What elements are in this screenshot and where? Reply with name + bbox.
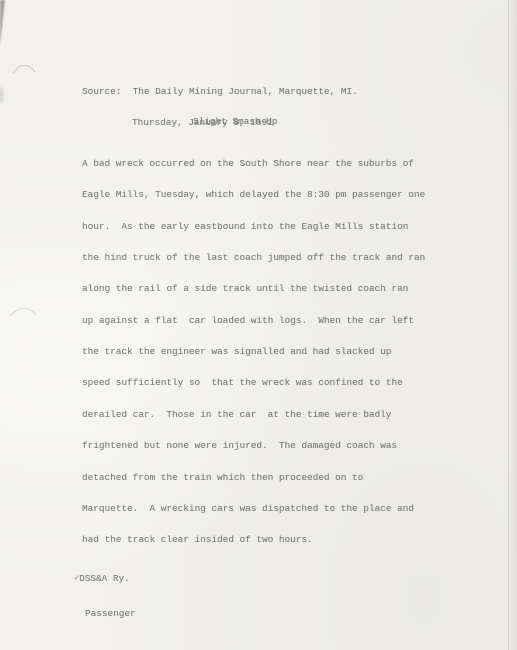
left-edge-smudge [0,88,3,102]
body-line: derailed car. Those in the car at the ti… [82,410,425,420]
scanned-page: Source: The Daily Mining Journal, Marque… [0,0,517,650]
body-line: hour. As the early eastbound into the Ea… [82,222,425,232]
body-line: frightened but none were injured. The da… [82,441,425,451]
body-line: along the rail of a side track until the… [82,284,425,294]
body-line: Eagle Mills, Tuesday, which delayed the … [82,190,425,200]
catalog-annotation: ✓DSS&A Ry. Passenger [74,550,136,642]
checkmark-icon: ✓ [74,573,79,584]
article-title: Slight Smash-Up [193,117,277,127]
railroad-label-line: ✓DSS&A Ry. [74,573,136,585]
body-line: the track the engineer was signalled and… [82,347,425,357]
scan-corner-shadow [0,0,5,46]
page-right-edge-shadow [509,0,517,650]
body-line: the hind truck of the last coach jumped … [82,253,425,263]
body-line: A bad wreck occurred on the South Shore … [82,159,425,169]
article-body: A bad wreck occurred on the South Shore … [82,138,425,567]
body-line: Marquette. A wrecking cars was dispatche… [82,504,425,514]
paper-curl-mark-top [12,60,36,74]
body-line: detached from the train which then proce… [82,473,425,483]
source-citation-line: Source: The Daily Mining Journal, Marque… [82,87,358,97]
railroad-label: DSS&A Ry. [79,573,130,584]
body-line: speed sufficiently so that the wreck was… [82,378,425,388]
body-line: had the track clear insided of two hours… [82,535,425,545]
body-line: up against a flat car loaded with logs. … [82,316,425,326]
category-label: Passenger [85,608,136,619]
paper-curl-mark-middle [9,303,38,317]
